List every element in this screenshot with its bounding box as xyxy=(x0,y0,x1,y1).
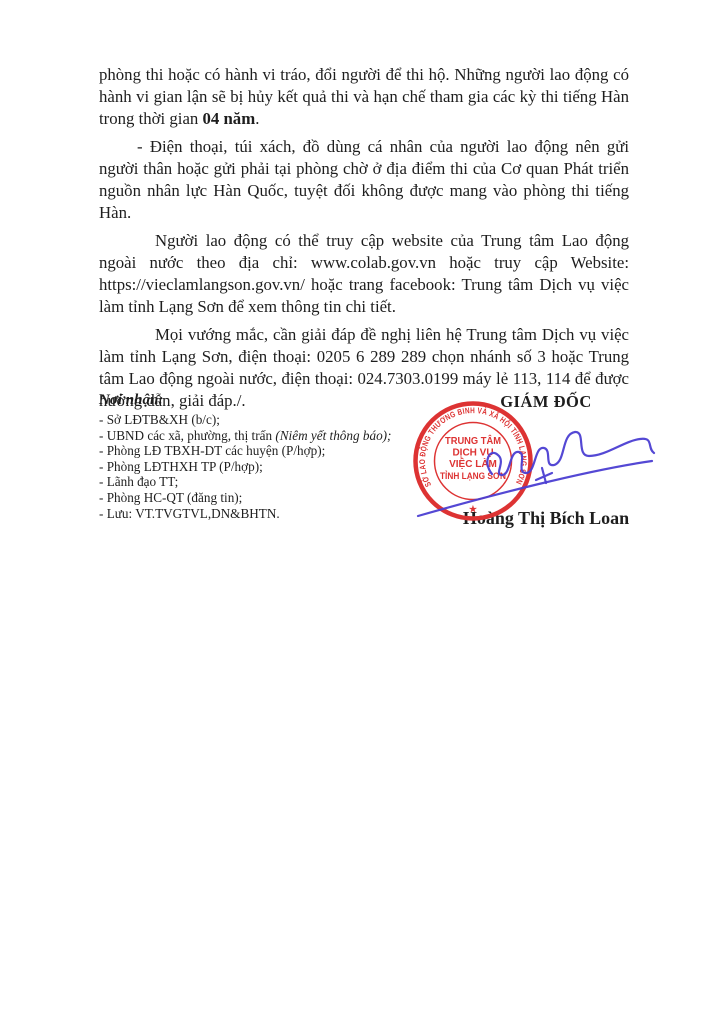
stamp-inner-ring xyxy=(435,423,512,500)
recipient-item: - Phòng LĐTHXH TP (P/hợp); xyxy=(99,459,419,475)
signature-scribble xyxy=(487,432,654,475)
recipient-item: - UBND các xã, phường, thị trấn (Niêm yế… xyxy=(99,428,419,444)
recipient-item: - Lưu: VT.TVGTVL,DN&BHTN. xyxy=(99,506,419,522)
document-body: phòng thi hoặc có hành vi tráo, đổi ngườ… xyxy=(99,64,629,418)
stamp-center-line: VIỆC LÀM xyxy=(449,457,497,470)
stamp-center-line: TỈNH LẠNG SƠN xyxy=(440,470,506,481)
paragraph-exam-rules: phòng thi hoặc có hành vi tráo, đổi ngườ… xyxy=(99,64,629,130)
stamp-ring-label: SỞ LAO ĐỘNG THƯƠNG BINH VÀ XÃ HỘI TỈNH L… xyxy=(417,406,528,488)
recipient-item: - Phòng HC-QT (đăng tin); xyxy=(99,490,419,506)
stamp-outer-ring xyxy=(416,404,531,519)
recipient-item: - Phòng LĐ TBXH-DT các huyện (P/hợp); xyxy=(99,443,419,459)
recipient-item-note: (Niêm yết thông báo); xyxy=(275,428,391,443)
recipient-item: - Lãnh đạo TT; xyxy=(99,474,419,490)
recipients-heading: Nơi nhận: xyxy=(99,392,419,409)
recipients-block: Nơi nhận: - Sở LĐTB&XH (b/c); - UBND các… xyxy=(99,392,419,521)
stamp-center-line: TRUNG TÂM xyxy=(445,434,501,447)
signature-flourish-mark xyxy=(536,468,552,483)
paragraph-text: phòng thi hoặc có hành vi tráo, đổi ngườ… xyxy=(99,65,629,128)
signer-title: GIÁM ĐỐC xyxy=(420,392,672,412)
signer-name: Hoàng Thị Bích Loan xyxy=(420,508,672,529)
paragraph-personal-items: - Điện thoại, túi xách, đồ dùng cá nhân … xyxy=(99,136,629,224)
recipient-item-text: - UBND các xã, phường, thị trấn xyxy=(99,428,275,443)
stamp-center-line: DỊCH VỤ xyxy=(452,448,493,459)
recipient-item: - Sở LĐTB&XH (b/c); xyxy=(99,412,419,428)
paragraph-website-info: Người lao động có thể truy cập website c… xyxy=(99,230,629,318)
signature-block: GIÁM ĐỐC Hoàng Thị Bích Loan xyxy=(420,392,672,412)
paragraph-bold-duration: 04 năm xyxy=(203,109,256,128)
paragraph-text: . xyxy=(255,109,259,128)
